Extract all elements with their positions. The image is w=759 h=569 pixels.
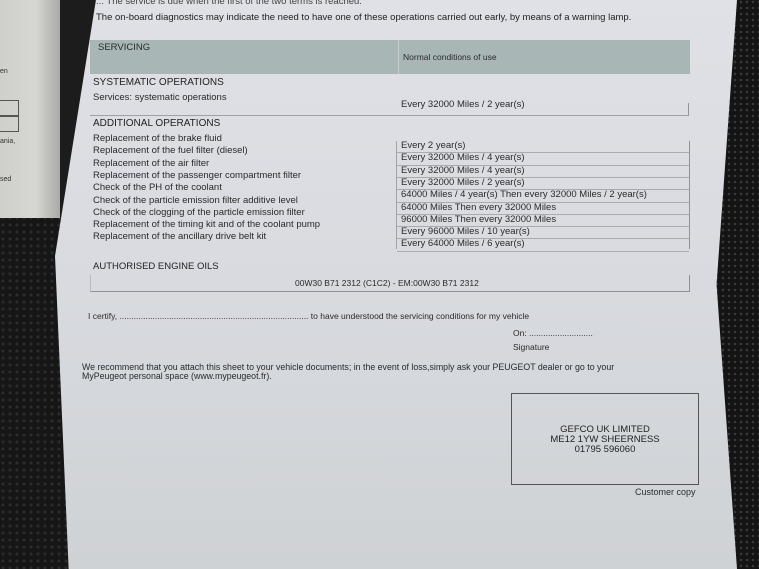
customer-copy-label: Customer copy (635, 487, 696, 497)
systematic-label: Services: systematic operations (93, 92, 227, 103)
booklet-fragment: ania, (0, 138, 15, 145)
certify-start: I certify, .............................… (88, 311, 308, 321)
header-conditions: Normal conditions of use (403, 52, 497, 62)
operation-label: Replacement of the air filter (93, 158, 209, 169)
operation-label: Check of the particle emission filter ad… (93, 195, 298, 206)
certify-on-date[interactable]: On: ........................... (513, 328, 593, 338)
header-divider (398, 40, 399, 74)
operation-label: Check of the PH of the coolant (93, 182, 222, 193)
oils-title: AUTHORISED ENGINE OILS (93, 261, 219, 272)
operation-interval: Every 32000 Miles / 4 year(s) (401, 152, 525, 163)
operation-interval: Every 96000 Miles / 10 year(s) (401, 226, 530, 237)
recommend-line-2: MyPeugeot personal space (www.mypeugeot.… (82, 371, 272, 381)
systematic-row-border (90, 103, 689, 116)
systematic-title: SYSTEMATIC OPERATIONS (93, 77, 224, 88)
dealer-phone: 01795 596060 (512, 444, 698, 455)
operation-interval: Every 32000 Miles / 4 year(s) (401, 165, 525, 176)
operation-label: Replacement of the ancillary drive belt … (93, 231, 266, 242)
operation-interval: Every 32000 Miles / 2 year(s) (401, 177, 525, 188)
certify-text: I certify, .............................… (88, 311, 529, 321)
header-servicing: SERVICING (98, 42, 150, 53)
operation-label: Replacement of the fuel filter (diesel) (93, 145, 248, 156)
background-booklet: en ania, sed (0, 0, 60, 218)
booklet-box (0, 115, 19, 132)
systematic-value: Every 32000 Miles / 2 year(s) (401, 99, 525, 110)
booklet-fragment: sed (0, 176, 11, 183)
booklet-fragment: en (0, 68, 8, 75)
operation-interval: 96000 Miles Then every 32000 Miles (401, 214, 556, 225)
dealer-address-box: GEFCO UK LIMITED ME12 1YW SHEERNESS 0179… (511, 393, 699, 485)
operation-interval: 64000 Miles Then every 32000 Miles (401, 202, 556, 213)
operation-label: Replacement of the timing kit and of the… (93, 219, 320, 230)
row-divider (397, 251, 689, 252)
operation-label: Check of the clogging of the particle em… (93, 207, 305, 218)
signature-label: Signature (513, 342, 549, 352)
operation-interval: Every 2 year(s) (401, 140, 465, 151)
operation-interval: Every 64000 Miles / 6 year(s) (401, 238, 525, 249)
operation-interval: 64000 Miles / 4 year(s) Then every 32000… (401, 189, 647, 200)
intro-line-2: The on-board diagnostics may indicate th… (96, 12, 631, 23)
intro-line-1: ... The service is due when the first of… (96, 0, 362, 7)
operation-label: Replacement of the passenger compartment… (93, 170, 301, 181)
certify-end: to have understood the servicing conditi… (311, 311, 529, 321)
additional-intervals-table: Every 2 year(s)Every 32000 Miles / 4 yea… (396, 141, 690, 249)
operation-label: Replacement of the brake fluid (93, 133, 222, 144)
servicing-header: SERVICING Normal conditions of use (90, 40, 690, 74)
additional-title: ADDITIONAL OPERATIONS (93, 118, 220, 129)
oils-value: 00W30 B71 2312 (C1C2) - EM:00W30 B71 231… (295, 278, 479, 288)
